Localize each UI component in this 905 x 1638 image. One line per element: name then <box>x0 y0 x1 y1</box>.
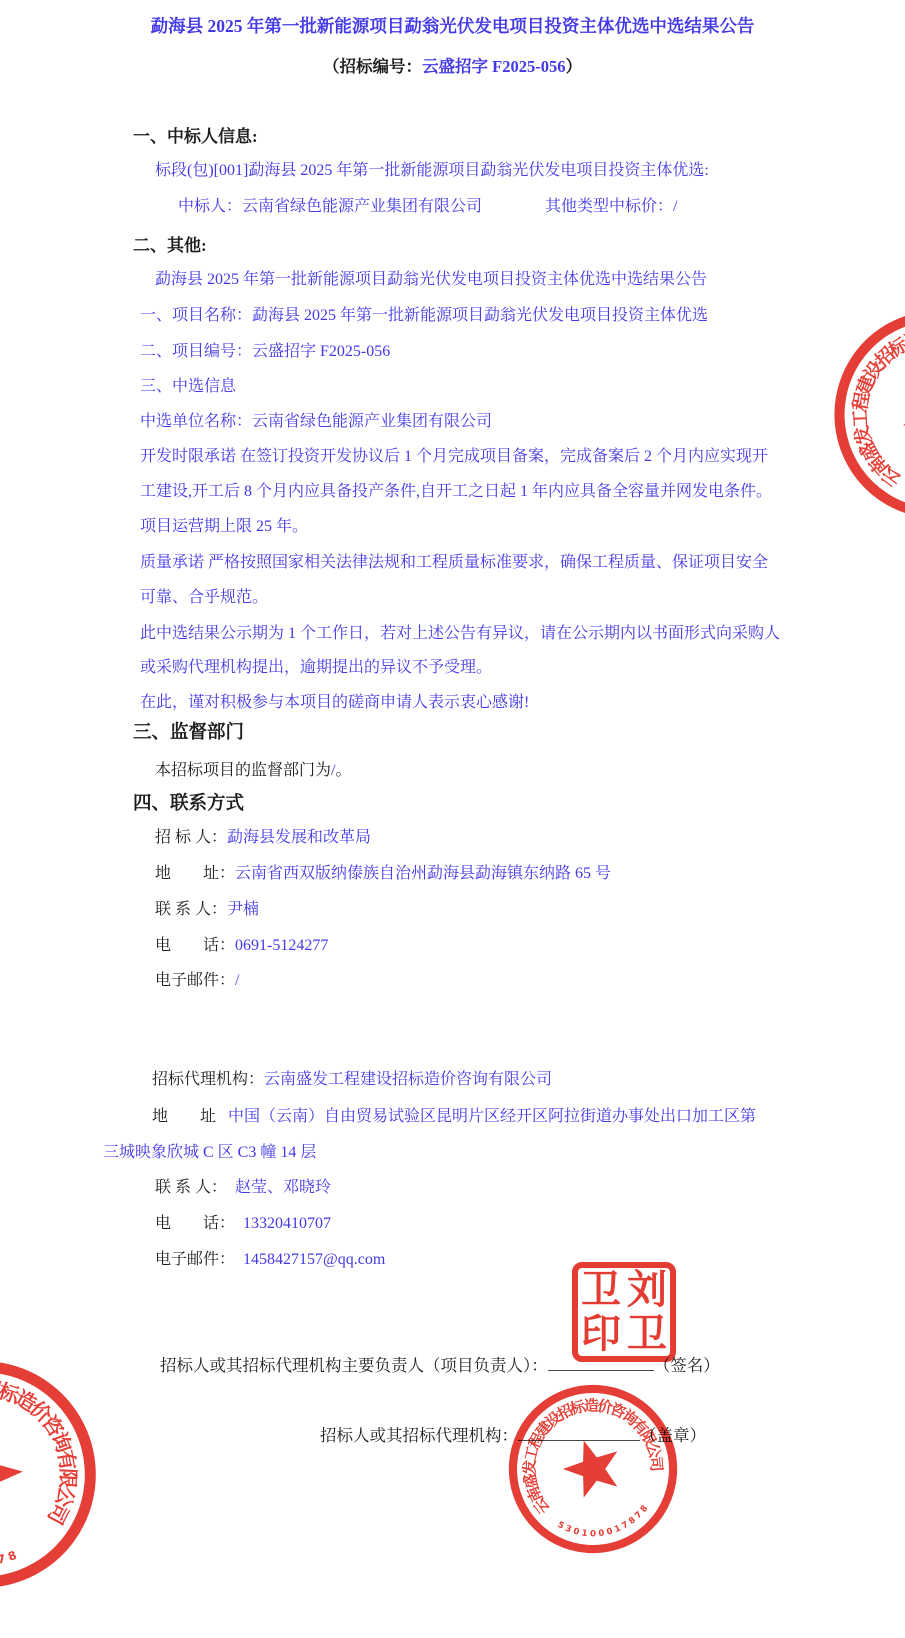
bidder-email-label: 电子邮件： <box>155 972 235 989</box>
bidder-label: 招 标 人： <box>155 829 227 846</box>
selection-info-line: 三、中选信息 <box>140 377 236 397</box>
agency-phone-label: 电 话： <box>155 1215 235 1232</box>
agency-row: 招标代理机构：云南盛发工程建设招标造价咨询有限公司 <box>152 1070 552 1090</box>
winner-line: 中标人：云南省绿色能源产业集团有限公司 <box>178 197 482 217</box>
tender-number-value: 云盛招字 F2025-056 <box>422 57 565 76</box>
section-supervision-heading: 三、监督部门 <box>133 722 244 745</box>
stamp-char-bottom-left: 印 <box>578 1312 624 1356</box>
project-name-line: 一、项目名称：勐海县 2025 年第一批新能源项目勐翁光伏发电项目投资主体优选 <box>140 306 708 326</box>
page-title: 勐海县 2025 年第一批新能源项目勐翁光伏发电项目投资主体优选中选结果公告 <box>0 16 905 38</box>
org-seal-label: 招标人或其招标代理机构： <box>320 1426 518 1445</box>
supervision-prefix: 本招标项目的监督部门为 <box>155 762 331 779</box>
bidder-person-label: 联 系 人： <box>155 901 227 918</box>
org-seal-blank <box>518 1425 640 1441</box>
bidder-phone-row: 电 话：0691-5124277 <box>155 936 328 956</box>
agency-address-value-line2: 三城映象欣城 C 区 C3 幢 14 层 <box>103 1143 316 1163</box>
agency-address-row: 地 址中国（云南）自由贸易试验区昆明片区经开区阿拉街道办事处出口加工区第 <box>152 1107 756 1127</box>
org-seal-suffix: （盖章） <box>640 1426 706 1445</box>
quality-commitment-line1: 质量承诺 严格按照国家相关法律法规和工程质量标准要求，确保工程质量、保证项目安全 <box>140 553 768 573</box>
tender-number-prefix: （招标编号： <box>323 57 422 76</box>
bidder-address-label: 地 址： <box>155 865 235 882</box>
selected-unit-line: 中选单位名称：云南省绿色能源产业集团有限公司 <box>140 412 492 432</box>
quality-commitment-line2: 可靠、合乎规范。 <box>140 588 268 608</box>
section-winner-heading: 一、中标人信息: <box>133 126 258 147</box>
org-seal-line: 招标人或其招标代理机构：（盖章） <box>320 1425 706 1447</box>
thanks-line: 在此，谨对积极参与本项目的磋商申请人表示衷心感谢! <box>140 693 529 713</box>
stamp-char-bottom-right: 卫 <box>624 1312 670 1356</box>
section-other-heading: 二、其他: <box>133 235 207 256</box>
agency-email-row: 电子邮件：1458427157@qq.com <box>155 1250 385 1270</box>
stamp-char-top-right: 刘 <box>624 1268 670 1312</box>
other-price-line: 其他类型中标价：/ <box>545 197 677 217</box>
agency-email-value: 1458427157@qq.com <box>243 1251 385 1268</box>
bidder-phone-value: 0691-5124277 <box>235 937 328 954</box>
bidder-row: 招 标 人：勐海县发展和改革局 <box>155 828 371 848</box>
stamp-char-top-left: 卫 <box>578 1268 624 1312</box>
bidder-person-value: 尹楠 <box>227 901 259 918</box>
personal-name-stamp: 卫 刘 印 卫 <box>572 1262 676 1362</box>
section-contact-heading: 四、联系方式 <box>133 793 244 816</box>
dev-commitment-line2: 工建设,开工后 8 个月内应具备投产条件,自开工之日起 1 年内应具备全容量并网… <box>140 482 772 502</box>
agency-address-value-line1: 中国（云南）自由贸易试验区昆明片区经开区阿拉街道办事处出口加工区第 <box>228 1108 756 1125</box>
lot-line: 标段(包)[001]勐海县 2025 年第一批新能源项目勐翁光伏发电项目投资主体… <box>155 161 709 181</box>
tender-number-suffix: ） <box>565 57 582 76</box>
agency-address-label: 地 址 <box>152 1108 216 1125</box>
agency-value: 云南盛发工程建设招标造价咨询有限公司 <box>264 1071 552 1088</box>
agency-email-label: 电子邮件： <box>155 1251 235 1268</box>
publicity-notice-line2: 或采购代理机构提出，逾期提出的异议不予受理。 <box>140 658 492 678</box>
supervision-body-line: 本招标项目的监督部门为/。 <box>155 761 351 781</box>
document-page: { "colors": {"text_blue": "#4339e6", "he… <box>0 0 905 1638</box>
dev-commitment-line3: 项目运营期上限 25 年。 <box>140 517 308 537</box>
tender-number-line: （招标编号：云盛招字 F2025-056） <box>0 57 905 78</box>
bidder-phone-label: 电 话： <box>155 937 235 954</box>
bidder-address-row: 地 址：云南省西双版纳傣族自治州勐海县勐海镇东纳路 65 号 <box>155 864 611 884</box>
agency-person-row: 联 系 人：赵莹、邓晓玲 <box>155 1178 331 1198</box>
agency-label: 招标代理机构： <box>152 1071 264 1088</box>
agency-phone-value: 13320410707 <box>243 1215 331 1232</box>
official-seal-bottom-center <box>502 1378 684 1560</box>
agency-person-label: 联 系 人： <box>155 1179 227 1196</box>
project-no-line: 二、项目编号：云盛招字 F2025-056 <box>140 342 390 362</box>
official-seal-right-edge <box>826 302 905 527</box>
announcement-line: 勐海县 2025 年第一批新能源项目勐翁光伏发电项目投资主体优选中选结果公告 <box>155 270 707 290</box>
bidder-email-row: 电子邮件：/ <box>155 971 239 991</box>
dev-commitment-line1: 开发时限承诺 在签订投资开发协议后 1 个月完成项目备案，完成备案后 2 个月内… <box>140 447 768 467</box>
publicity-notice-line1: 此中选结果公示期为 1 个工作日，若对上述公告有异议，请在公示期内以书面形式向采… <box>140 624 780 644</box>
principal-signature-label: 招标人或其招标代理机构主要负责人（项目负责人）： <box>160 1356 548 1375</box>
official-seal-bottom-left <box>0 1352 105 1597</box>
supervision-suffix: 。 <box>335 762 351 779</box>
bidder-email-value: / <box>235 972 239 989</box>
bidder-address-value: 云南省西双版纳傣族自治州勐海县勐海镇东纳路 65 号 <box>235 865 611 882</box>
bidder-value: 勐海县发展和改革局 <box>227 829 371 846</box>
bidder-person-row: 联 系 人：尹楠 <box>155 900 259 920</box>
agency-phone-row: 电 话：13320410707 <box>155 1214 331 1234</box>
agency-person-value: 赵莹、邓晓玲 <box>235 1179 331 1196</box>
